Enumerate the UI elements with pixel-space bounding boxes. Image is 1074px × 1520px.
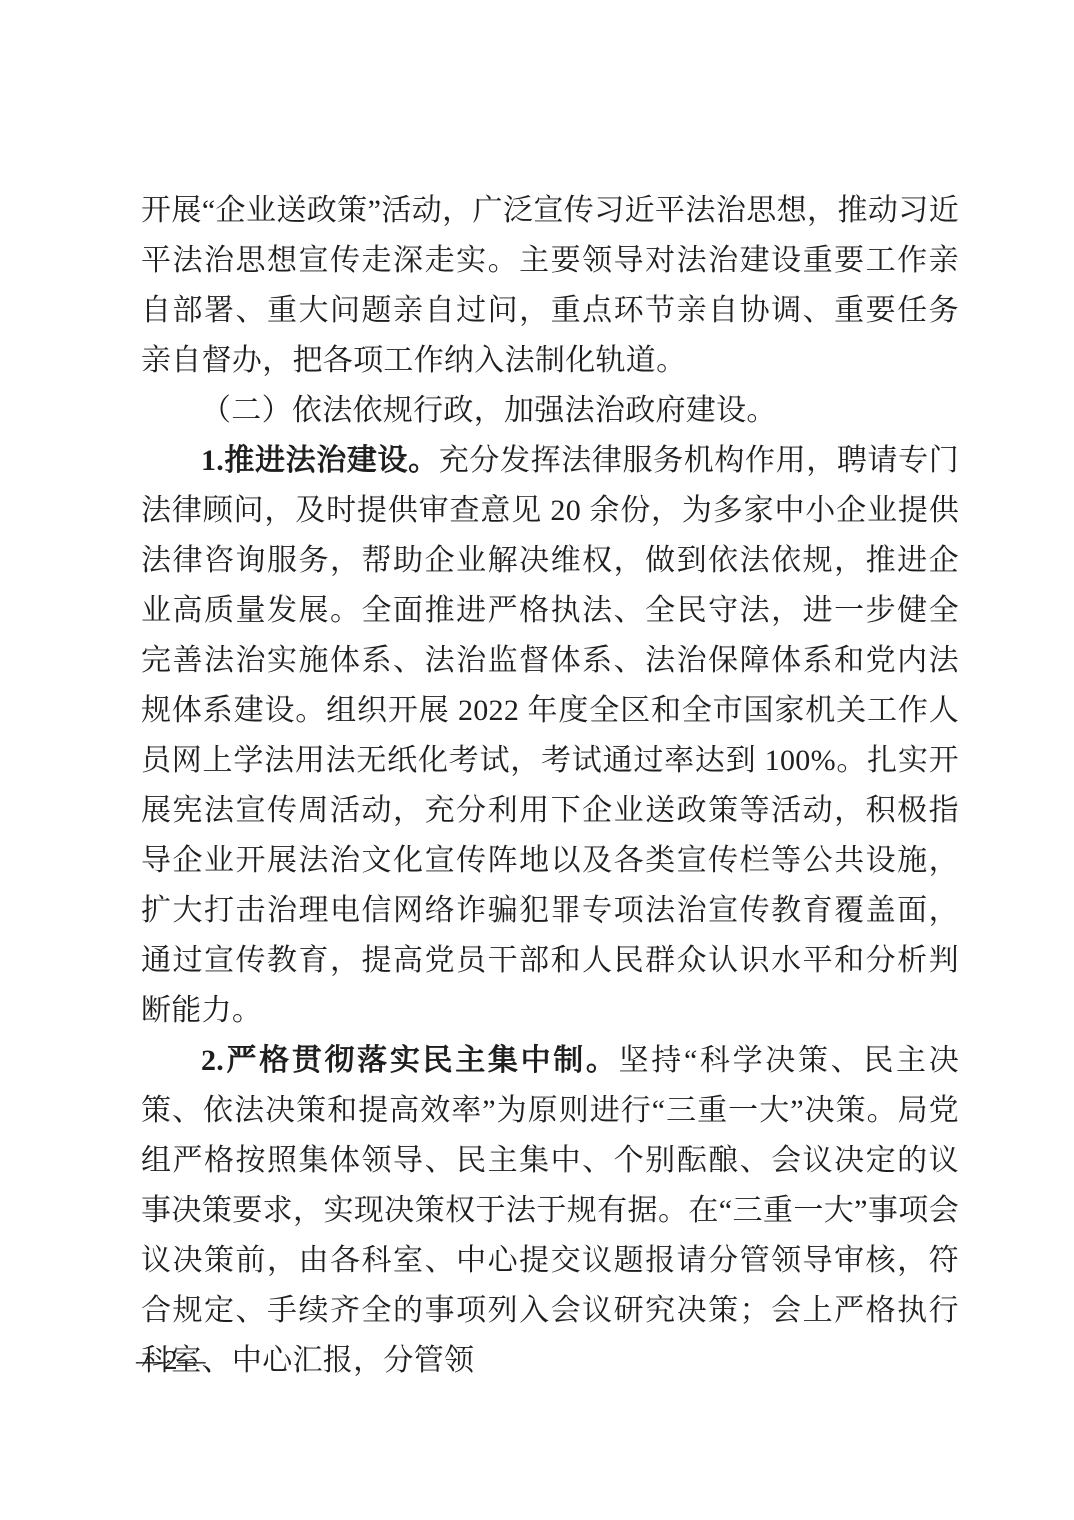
paragraph-item-2-lead-bold: 2.严格贯彻落实民主集中制。 (201, 1044, 619, 1077)
paragraph-continuation-text: 开展“企业送政策”活动，广泛宣传习近平法治思想，推动习近平法治思想宣传走深走实。… (141, 194, 959, 377)
section-heading-2: （二）依法依规行政，加强法治政府建设。 (141, 386, 959, 436)
section-heading-2-text: （二）依法依规行政，加强法治政府建设。 (201, 394, 777, 427)
paragraph-item-2: 2.严格贯彻落实民主集中制。坚持“科学决策、民主决策、依法决策和提高效率”为原则… (141, 1036, 959, 1386)
paragraph-item-1-text: 充分发挥法律服务机构作用，聘请专门法律顾问，及时提供审查意见 20 余份，为多家… (141, 444, 959, 1027)
document-body: 开展“企业送政策”活动，广泛宣传习近平法治思想，推动习近平法治思想宣传走深走实。… (141, 186, 959, 1386)
paragraph-item-1-lead-bold: 1.推进法治建设。 (201, 444, 439, 477)
paragraph-continuation: 开展“企业送政策”活动，广泛宣传习近平法治思想，推动习近平法治思想宣传走深走实。… (141, 186, 959, 386)
paragraph-item-1: 1.推进法治建设。充分发挥法律服务机构作用，聘请专门法律顾问，及时提供审查意见 … (141, 436, 959, 1036)
page-number: —2— (136, 1342, 207, 1378)
paragraph-item-2-text: 坚持“科学决策、民主决策、依法决策和提高效率”为原则进行“三重一大”决策。局党组… (141, 1044, 959, 1377)
document-page: 开展“企业送政策”活动，广泛宣传习近平法治思想，推动习近平法治思想宣传走深走实。… (0, 0, 1074, 1520)
